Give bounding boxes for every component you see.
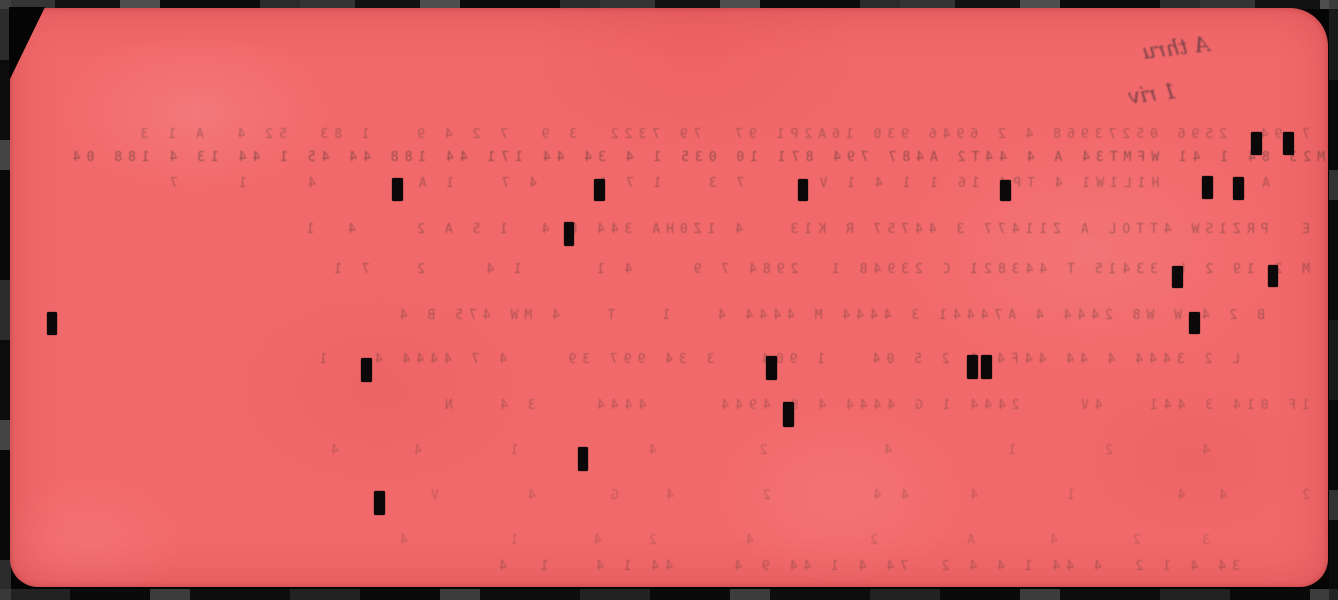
punch-hole — [392, 178, 403, 201]
punch-hole — [1172, 266, 1183, 288]
punch-holes-layer — [0, 0, 1338, 600]
punch-hole — [578, 447, 588, 471]
punch-hole — [1233, 177, 1244, 200]
punch-hole — [967, 355, 978, 379]
punch-hole — [798, 179, 808, 201]
punch-hole — [1000, 180, 1011, 201]
punch-hole — [1189, 312, 1200, 334]
scanned-punched-card-image: 7 94 2596 05273968 4 2 6946 930 16A2P1 9… — [0, 0, 1338, 600]
punch-hole — [1202, 176, 1213, 199]
punch-hole — [1251, 132, 1262, 155]
punch-hole — [47, 312, 57, 335]
punch-hole — [1268, 265, 1278, 287]
punch-hole — [981, 355, 992, 379]
punch-hole — [1283, 132, 1294, 155]
punch-hole — [766, 356, 777, 380]
punch-hole — [374, 491, 385, 515]
punch-hole — [564, 222, 574, 246]
punch-hole — [361, 358, 372, 382]
punch-hole — [783, 402, 794, 427]
punch-hole — [594, 179, 605, 201]
